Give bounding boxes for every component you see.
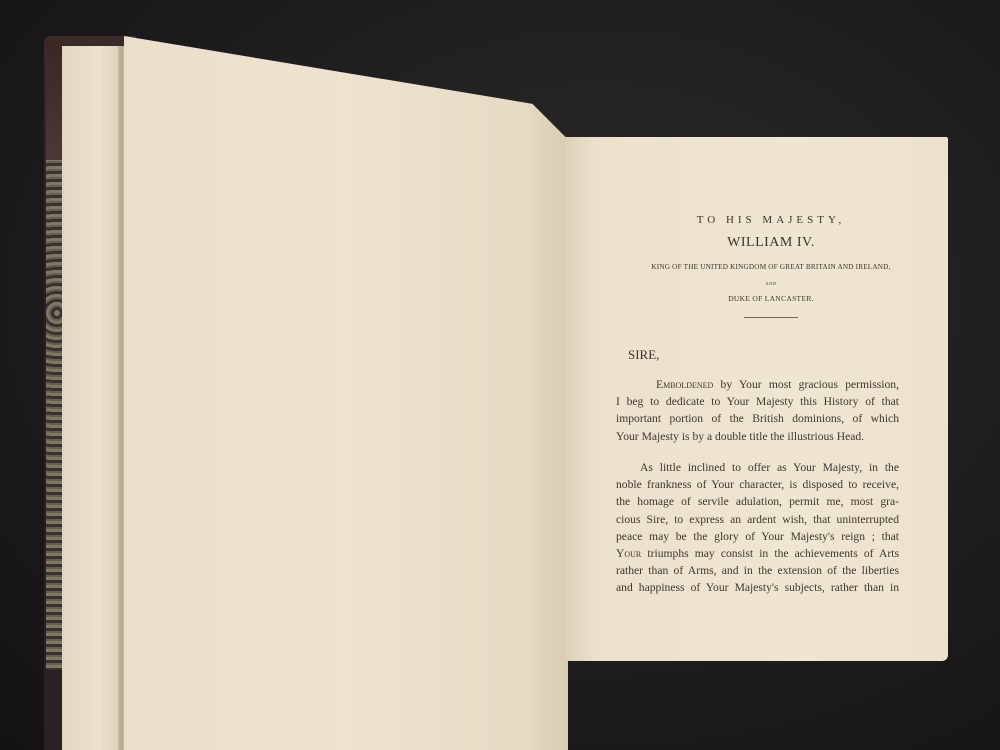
- line-text: by Your most gracious permission,: [713, 378, 899, 391]
- paragraph-line: and happiness of Your Majesty's subjects…: [616, 579, 899, 596]
- king-title: KING OF THE UNITED KINGDOM OF GREAT BRIT…: [596, 263, 946, 271]
- duke-title: DUKE OF LANCASTER.: [622, 294, 920, 303]
- paragraph-line: important portion of the British dominio…: [616, 410, 899, 427]
- dedication-heading: TO HIS MAJESTY, WILLIAM IV. KING OF THE …: [622, 214, 920, 318]
- paragraph-2: As little inclined to offer as Your Maje…: [616, 459, 899, 597]
- small-caps-word: Your: [616, 547, 641, 560]
- to-his-majesty: TO HIS MAJESTY,: [622, 214, 920, 226]
- divider-rule: [744, 317, 798, 318]
- king-name: WILLIAM IV.: [622, 235, 920, 251]
- paragraph-line: Your triumphs may consist in the achieve…: [616, 545, 899, 562]
- paragraph-line: rather than of Arms, and in the extensio…: [616, 562, 899, 579]
- endpaper: [62, 46, 124, 750]
- paragraph-line: Emboldened by Your most gracious permiss…: [616, 376, 899, 393]
- paragraph-1: Emboldened by Your most gracious permiss…: [616, 376, 899, 445]
- line-text: triumphs may consist in the achievements…: [647, 547, 899, 560]
- left-blank-page: [124, 36, 568, 750]
- and-line: AND: [622, 281, 920, 286]
- paragraph-line: As little inclined to offer as Your Maje…: [616, 459, 899, 476]
- small-caps-lead: Emboldened: [656, 378, 713, 391]
- paragraph-line: Your Majesty is by a double title the il…: [616, 428, 899, 445]
- paragraph-line: peace may be the glory of Your Majesty's…: [616, 528, 899, 545]
- paragraph-line: cious Sire, to express an ardent wish, t…: [616, 511, 899, 528]
- paragraph-line: noble frankness of Your character, is di…: [616, 476, 899, 493]
- paragraph-line: the homage of servile adulation, permit …: [616, 493, 899, 510]
- salutation: SIRE,: [628, 347, 659, 363]
- paragraph-line: I beg to dedicate to Your Majesty this H…: [616, 393, 899, 410]
